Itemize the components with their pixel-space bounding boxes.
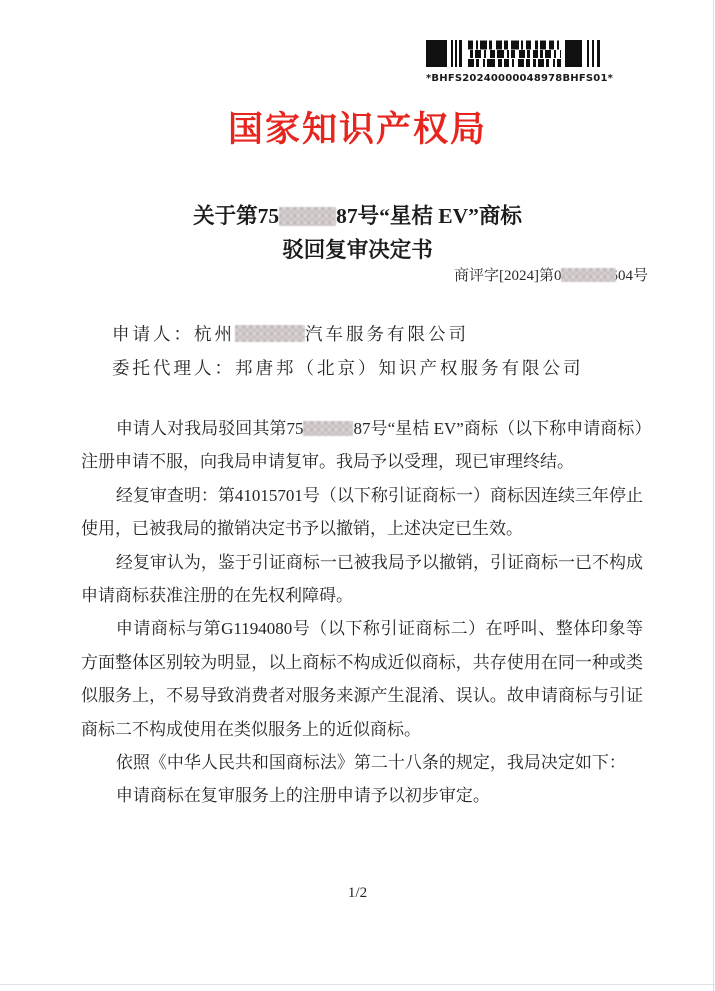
- document-title-line2: 驳回复审决定书: [0, 233, 715, 267]
- paragraph-6: 申请商标在复审服务上的注册申请予以初步审定。: [81, 779, 643, 812]
- doc-number-post: 504号: [610, 268, 648, 284]
- applicant-line: 申请人：杭州汽车服务有限公司: [112, 317, 655, 351]
- barcode-label: *BHFS20240000048978BHFS01*: [426, 73, 608, 84]
- redaction-blur: [235, 325, 305, 342]
- document-title-line1: 关于第7587号“星桔 EV”商标: [0, 199, 715, 233]
- paragraph-5: 依照《中华人民共和国商标法》第二十八条的规定，我局决定如下：: [81, 746, 643, 779]
- doc-number-pre: 商评字[2024]第0: [454, 268, 562, 284]
- applicant-text-post: 汽车服务有限公司: [305, 324, 469, 344]
- applicant-text-pre: 申请人：杭州: [112, 324, 235, 344]
- agent-line: 委托代理人：邦唐邦（北京）知识产权服务有限公司: [112, 351, 655, 385]
- title-text-pre: 关于第75: [193, 204, 279, 228]
- document-title: 关于第7587号“星桔 EV”商标 驳回复审决定书: [0, 199, 715, 267]
- page-edge-bottom: [0, 984, 715, 985]
- paragraph-3: 经复审认为，鉴于引证商标一已被我局予以撤销，引证商标一已不构成申请商标获准注册的…: [81, 546, 643, 613]
- paragraph-4: 申请商标与第G1194080号（以下称引证商标二）在呼叫、整体印象等方面整体区别…: [81, 612, 643, 746]
- document-number: 商评字[2024]第0504号: [0, 264, 648, 285]
- document-page: *BHFS20240000048978BHFS01* 国家知识产权局 关于第75…: [0, 0, 715, 991]
- page-indicator: 1/2: [0, 885, 715, 902]
- redaction-blur: [279, 207, 336, 226]
- paragraph-1: 申请人对我局驳回其第7587号“星桔 EV”商标（以下称申请商标）注册申请不服，…: [81, 412, 643, 479]
- body-text: 申请人对我局驳回其第7587号“星桔 EV”商标（以下称申请商标）注册申请不服，…: [81, 412, 643, 813]
- parties-section: 申请人：杭州汽车服务有限公司 委托代理人：邦唐邦（北京）知识产权服务有限公司: [112, 317, 655, 385]
- redaction-blur: [303, 421, 353, 436]
- barcode: *BHFS20240000048978BHFS01*: [426, 40, 608, 84]
- barcode-image: [426, 40, 608, 67]
- paragraph-1-pre: 申请人对我局驳回其第75: [116, 419, 304, 438]
- redaction-blur: [561, 268, 616, 282]
- page-edge-right: [713, 0, 714, 991]
- title-text-post: 87号“星桔 EV”商标: [336, 204, 522, 228]
- agency-title: 国家知识产权局: [0, 102, 715, 152]
- paragraph-2: 经复审查明：第41015701号（以下称引证商标一）商标因连续三年停止使用，已被…: [81, 479, 643, 546]
